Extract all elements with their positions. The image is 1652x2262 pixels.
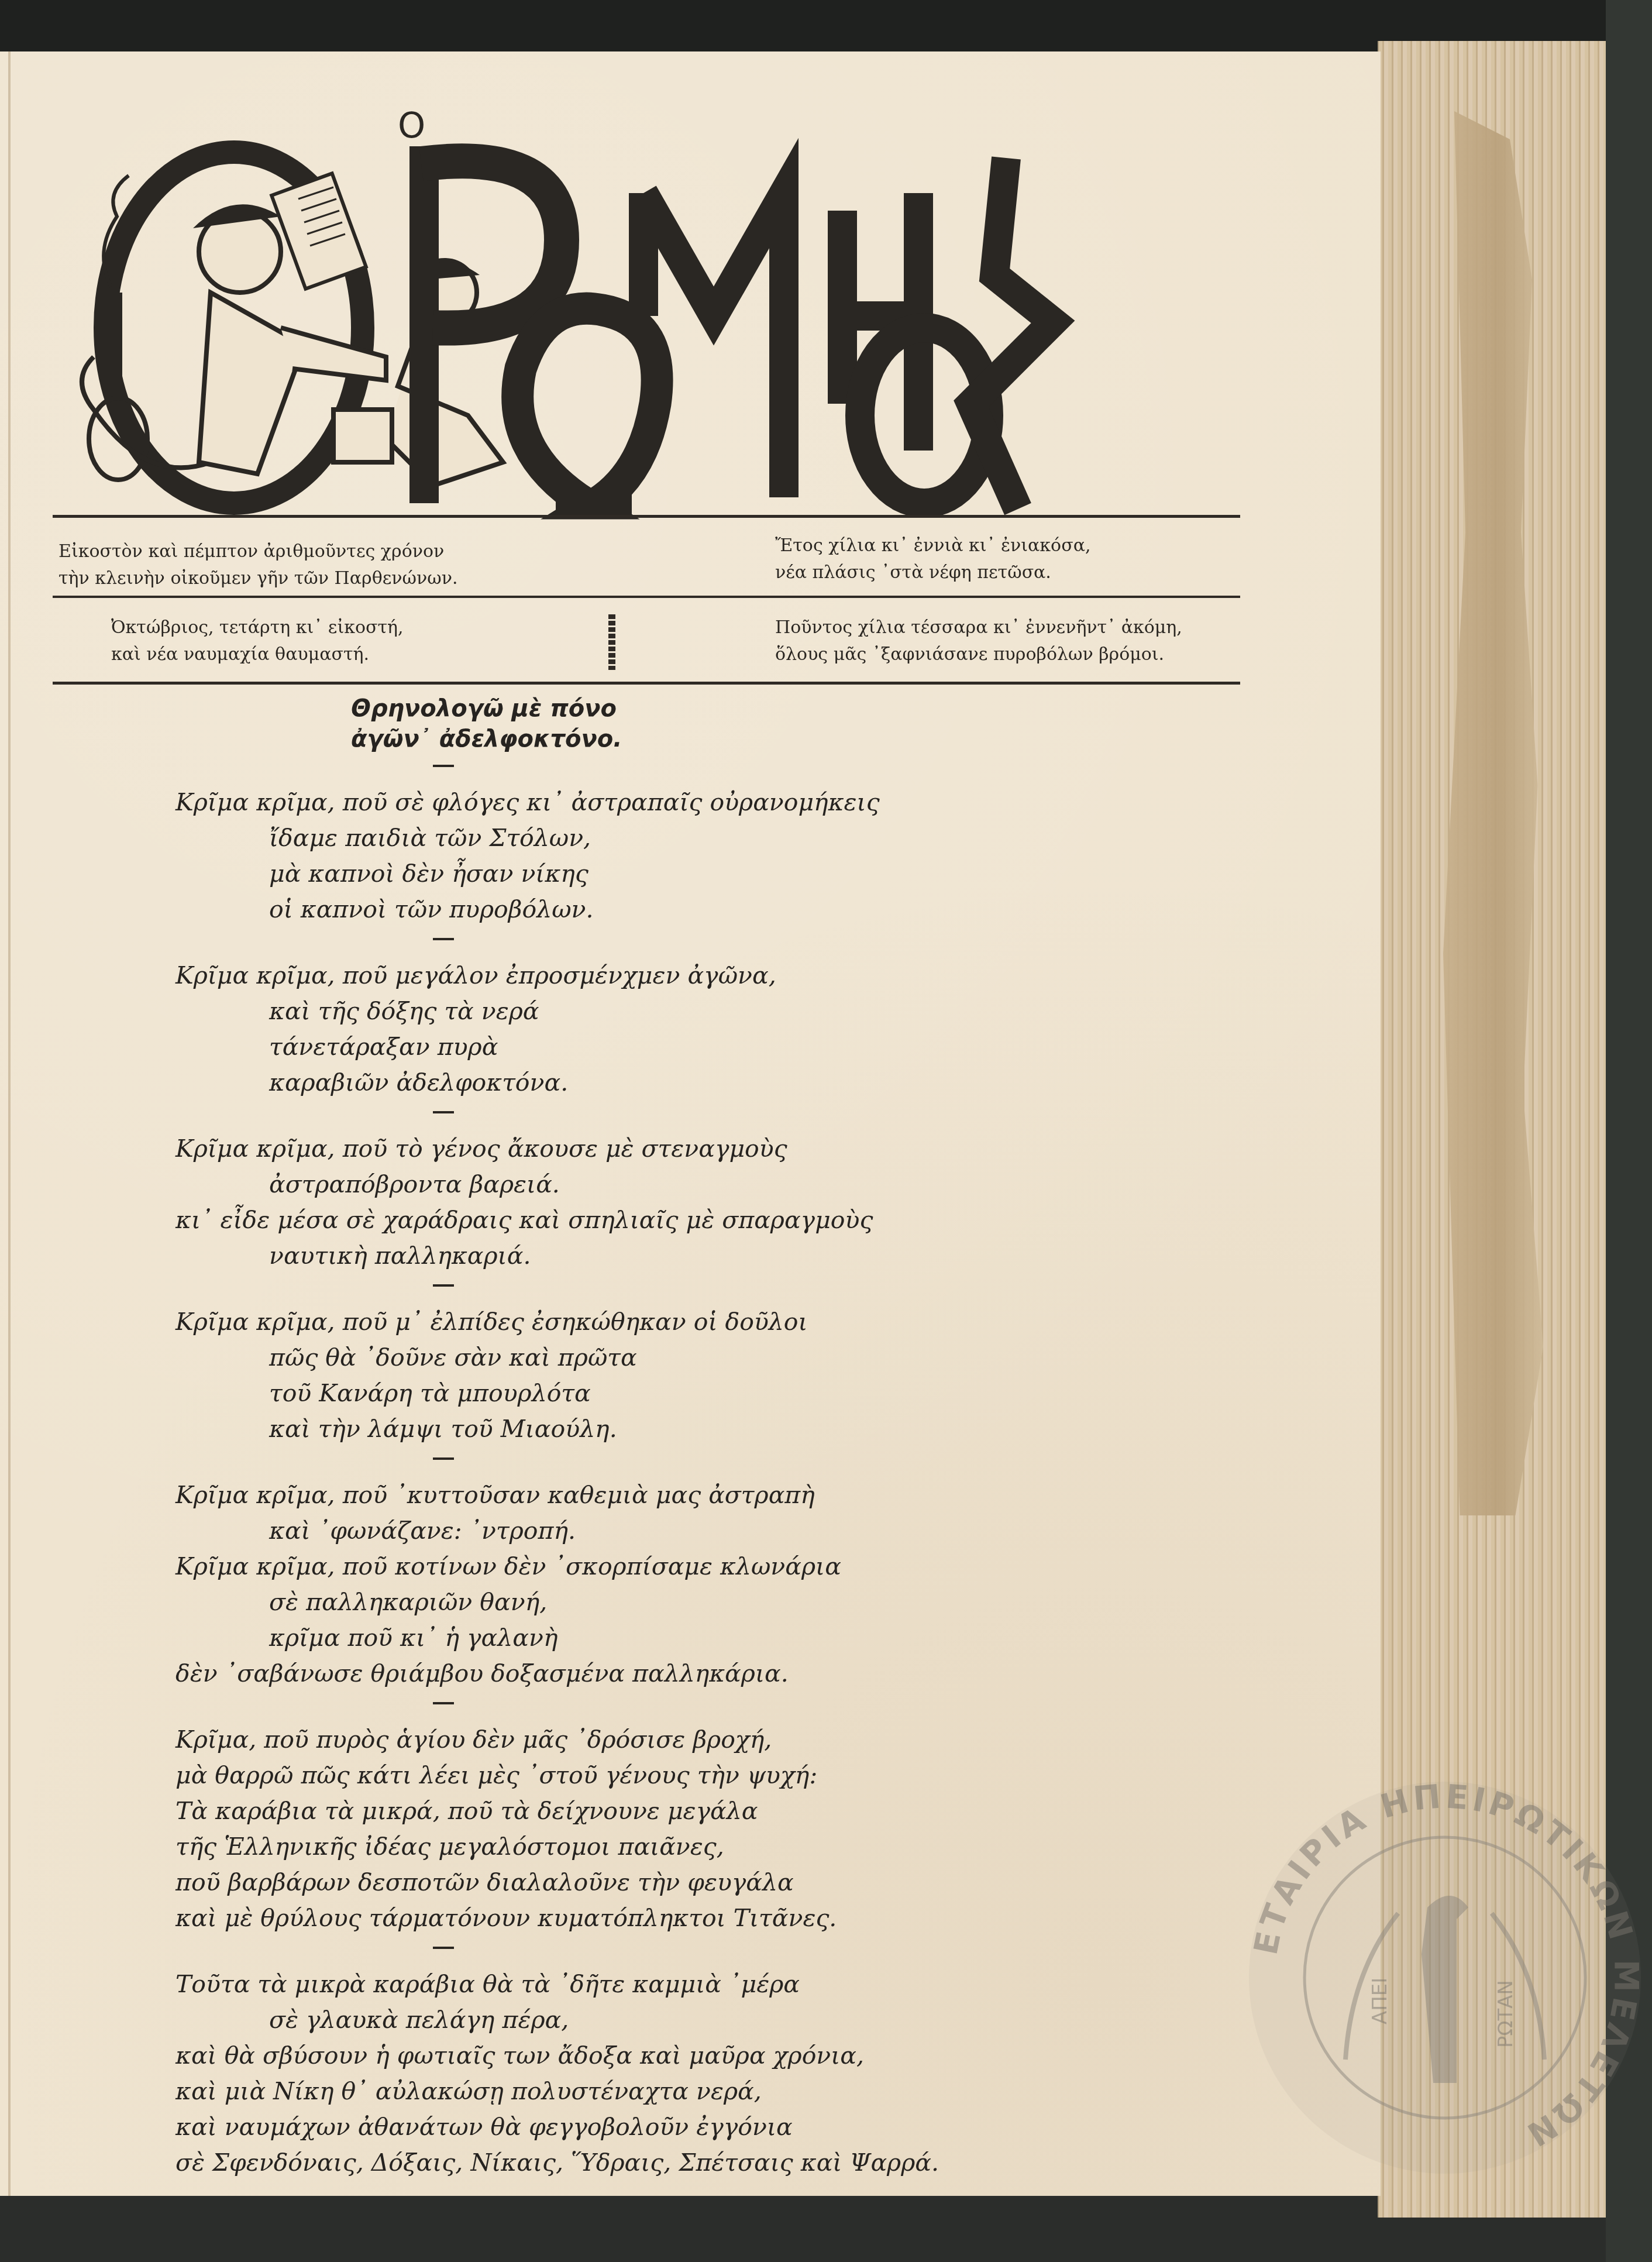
poem-line: τάνετάραξαν πυρὰ	[175, 1029, 1053, 1065]
poem-line: Κρῖμα κρῖμα, ποῦ κοτίνων δὲν ᾽σκορπίσαμε…	[175, 1549, 1053, 1584]
epigraph-bottom-right: Ποῦντος χίλια τέσσαρα κι᾽ ἐννενῆντ᾽ ἀκόμ…	[775, 614, 1182, 668]
poem-line: καὶ θὰ σβύσουν ἡ φωτιαῖς των ἄδοξα καὶ μ…	[175, 2038, 1053, 2074]
poem-line: Κρῖμα, ποῦ πυρὸς ἁγίου δὲν μᾶς ᾽δρόσισε …	[175, 1722, 1053, 1758]
poem-line: καὶ τὴν λάμψι τοῦ Μιαούλη.	[175, 1411, 1053, 1447]
poem-line: Κρῖμα κρῖμα, ποῦ τὸ γένος ἄκουσε μὲ στεν…	[175, 1131, 1053, 1167]
stanza: Κρῖμα κρῖμα, ποῦ μ᾽ ἐλπίδες ἐσηκώθηκαν ο…	[175, 1304, 1053, 1447]
epigraph-top-right: Ἔτος χίλια κι᾽ ἐννιὰ κι᾽ ἐνιακόσα, νέα π…	[775, 532, 1090, 586]
stanza-separator	[433, 1111, 454, 1113]
poem-line: σὲ Σφενδόναις, Δόξαις, Νίκαις, Ὕδραις, Σ…	[175, 2145, 1053, 2181]
poem-line: μὰ καπνοὶ δὲν ἦσαν νίκης	[175, 856, 1053, 892]
poem-line: πῶς θὰ ᾽δοῦνε σὰν καὶ πρῶτα	[175, 1340, 1053, 1376]
poem-stanzas: Κρῖμα κρῖμα, ποῦ σὲ φλόγες κι᾽ ἀστραπαῖς…	[175, 765, 1053, 2181]
poem-line: Κρῖμα κρῖμα, ποῦ μεγάλον ἐπροσμένχμεν ἀγ…	[175, 958, 1053, 994]
poem-line: ναυτικὴ παλληκαριά.	[175, 1238, 1053, 1274]
poem-line: ἀστραπόβροντα βαρειά.	[175, 1167, 1053, 1202]
poem-line: κρῖμα ποῦ κι᾽ ἡ γαλανὴ	[175, 1620, 1053, 1656]
poem-line: καὶ μὲ θρύλους τάρματόνουν κυματόπληκτοι…	[175, 1900, 1053, 1936]
poem-line: κι᾽ εἶδε μέσα σὲ χαράδραις καὶ σπηλιαῖς …	[175, 1202, 1053, 1238]
poem-line: καὶ τῆς δόξης τὰ νερά	[175, 994, 1053, 1029]
masthead-title: Ο	[409, 123, 1287, 521]
poem-line: σὲ παλληκαριῶν θανή,	[175, 1584, 1053, 1620]
stanza-separator	[433, 765, 454, 767]
epigraph-rule	[53, 596, 1240, 598]
stanza-separator	[433, 1284, 454, 1287]
page-fold	[8, 51, 11, 2196]
masthead-rule	[53, 515, 1240, 518]
poem-line: καὶ μιὰ Νίκη θ᾽ αὐλακώσῃ πολυστέναχτα νε…	[175, 2074, 1053, 2109]
poem-line: ἴδαμε παιδιὰ τῶν Στόλων,	[175, 820, 1053, 856]
stanza: Κρῖμα κρῖμα, ποῦ σὲ φλόγες κι᾽ ἀστραπαῖς…	[175, 785, 1053, 927]
poem-line: τῆς Ἑλληνικῆς ἰδέας μεγαλόστομοι παιᾶνες…	[175, 1829, 1053, 1865]
poem: Θρηνολογῶ μὲ πόνο ἀγῶν᾽ ἀδελφοκτόνο. Κρῖ…	[175, 693, 1053, 2181]
stanza: Κρῖμα κρῖμα, ποῦ μεγάλον ἐπροσμένχμεν ἀγ…	[175, 958, 1053, 1101]
epigraph-bottom-left: Ὀκτώβριος, τετάρτη κι᾽ εἰκοστή, καὶ νέα …	[111, 614, 404, 668]
poem-line: Κρῖμα κρῖμα, ποῦ σὲ φλόγες κι᾽ ἀστραπαῖς…	[175, 785, 1053, 820]
poem-line: δὲν ᾽σαβάνωσε θριάμβου δοξασμένα παλληκά…	[175, 1656, 1053, 1692]
poem-line: τοῦ Κανάρη τὰ μπουρλότα	[175, 1376, 1053, 1411]
stanza: Κρῖμα κρῖμα, ποῦ ᾽κυττοῦσαν καθεμιὰ μας …	[175, 1477, 1053, 1692]
poem-line: οἱ καπνοὶ τῶν πυροβόλων.	[175, 892, 1053, 927]
stanza: Κρῖμα, ποῦ πυρὸς ἁγίου δὲν μᾶς ᾽δρόσισε …	[175, 1722, 1053, 1936]
poem-line: Τὰ καράβια τὰ μικρά, ποῦ τὰ δείχνουνε με…	[175, 1793, 1053, 1829]
stanza-separator	[433, 1457, 454, 1460]
stanza: Κρῖμα κρῖμα, ποῦ τὸ γένος ἄκουσε μὲ στεν…	[175, 1131, 1053, 1274]
stanza-separator	[433, 1947, 454, 1949]
page-stack-edge	[1378, 41, 1607, 2218]
poem-line: Τοῦτα τὰ μικρὰ καράβια θὰ τὰ ᾽δῆτε καμμι…	[175, 1967, 1053, 2002]
torn-paper	[1443, 111, 1554, 1515]
masthead: Ο	[58, 88, 1252, 521]
title-article: Ο	[398, 105, 425, 146]
title-lettering-icon	[409, 123, 1287, 521]
poem-line: σὲ γλαυκὰ πελάγη πέρα,	[175, 2002, 1053, 2038]
poem-title: Θρηνολογῶ μὲ πόνο ἀγῶν᾽ ἀδελφοκτόνο.	[351, 693, 1053, 754]
stanza-separator	[433, 1702, 454, 1704]
header-bottom-rule	[53, 682, 1240, 685]
poem-line: Κρῖμα κρῖμα, ποῦ ᾽κυττοῦσαν καθεμιὰ μας …	[175, 1477, 1053, 1513]
poem-line: καραβιῶν ἀδελφοκτόνα.	[175, 1065, 1053, 1101]
poem-line: ποῦ βαρβάρων δεσποτῶν διαλαλοῦνε τὴν φευ…	[175, 1865, 1053, 1900]
poem-line: καὶ ναυμάχων ἀθανάτων θὰ φεγγοβολοῦν ἐγγ…	[175, 2109, 1053, 2145]
poem-line: Κρῖμα κρῖμα, ποῦ μ᾽ ἐλπίδες ἐσηκώθηκαν ο…	[175, 1304, 1053, 1340]
book-cover-edge	[1606, 0, 1652, 2262]
poem-line: καὶ ᾽φωνάζανε: ᾽ντροπή.	[175, 1513, 1053, 1549]
stanza-separator	[433, 938, 454, 940]
ornamental-divider	[608, 614, 615, 670]
stanza: Τοῦτα τὰ μικρὰ καράβια θὰ τὰ ᾽δῆτε καμμι…	[175, 1967, 1053, 2181]
poem-line: μὰ θαρρῶ πῶς κάτι λέει μὲς ᾽στοῦ γένους …	[175, 1758, 1053, 1793]
epigraph-top-left: Εἰκοστὸν καὶ πέμπτον ἀριθμοῦντες χρόνον …	[58, 538, 457, 592]
